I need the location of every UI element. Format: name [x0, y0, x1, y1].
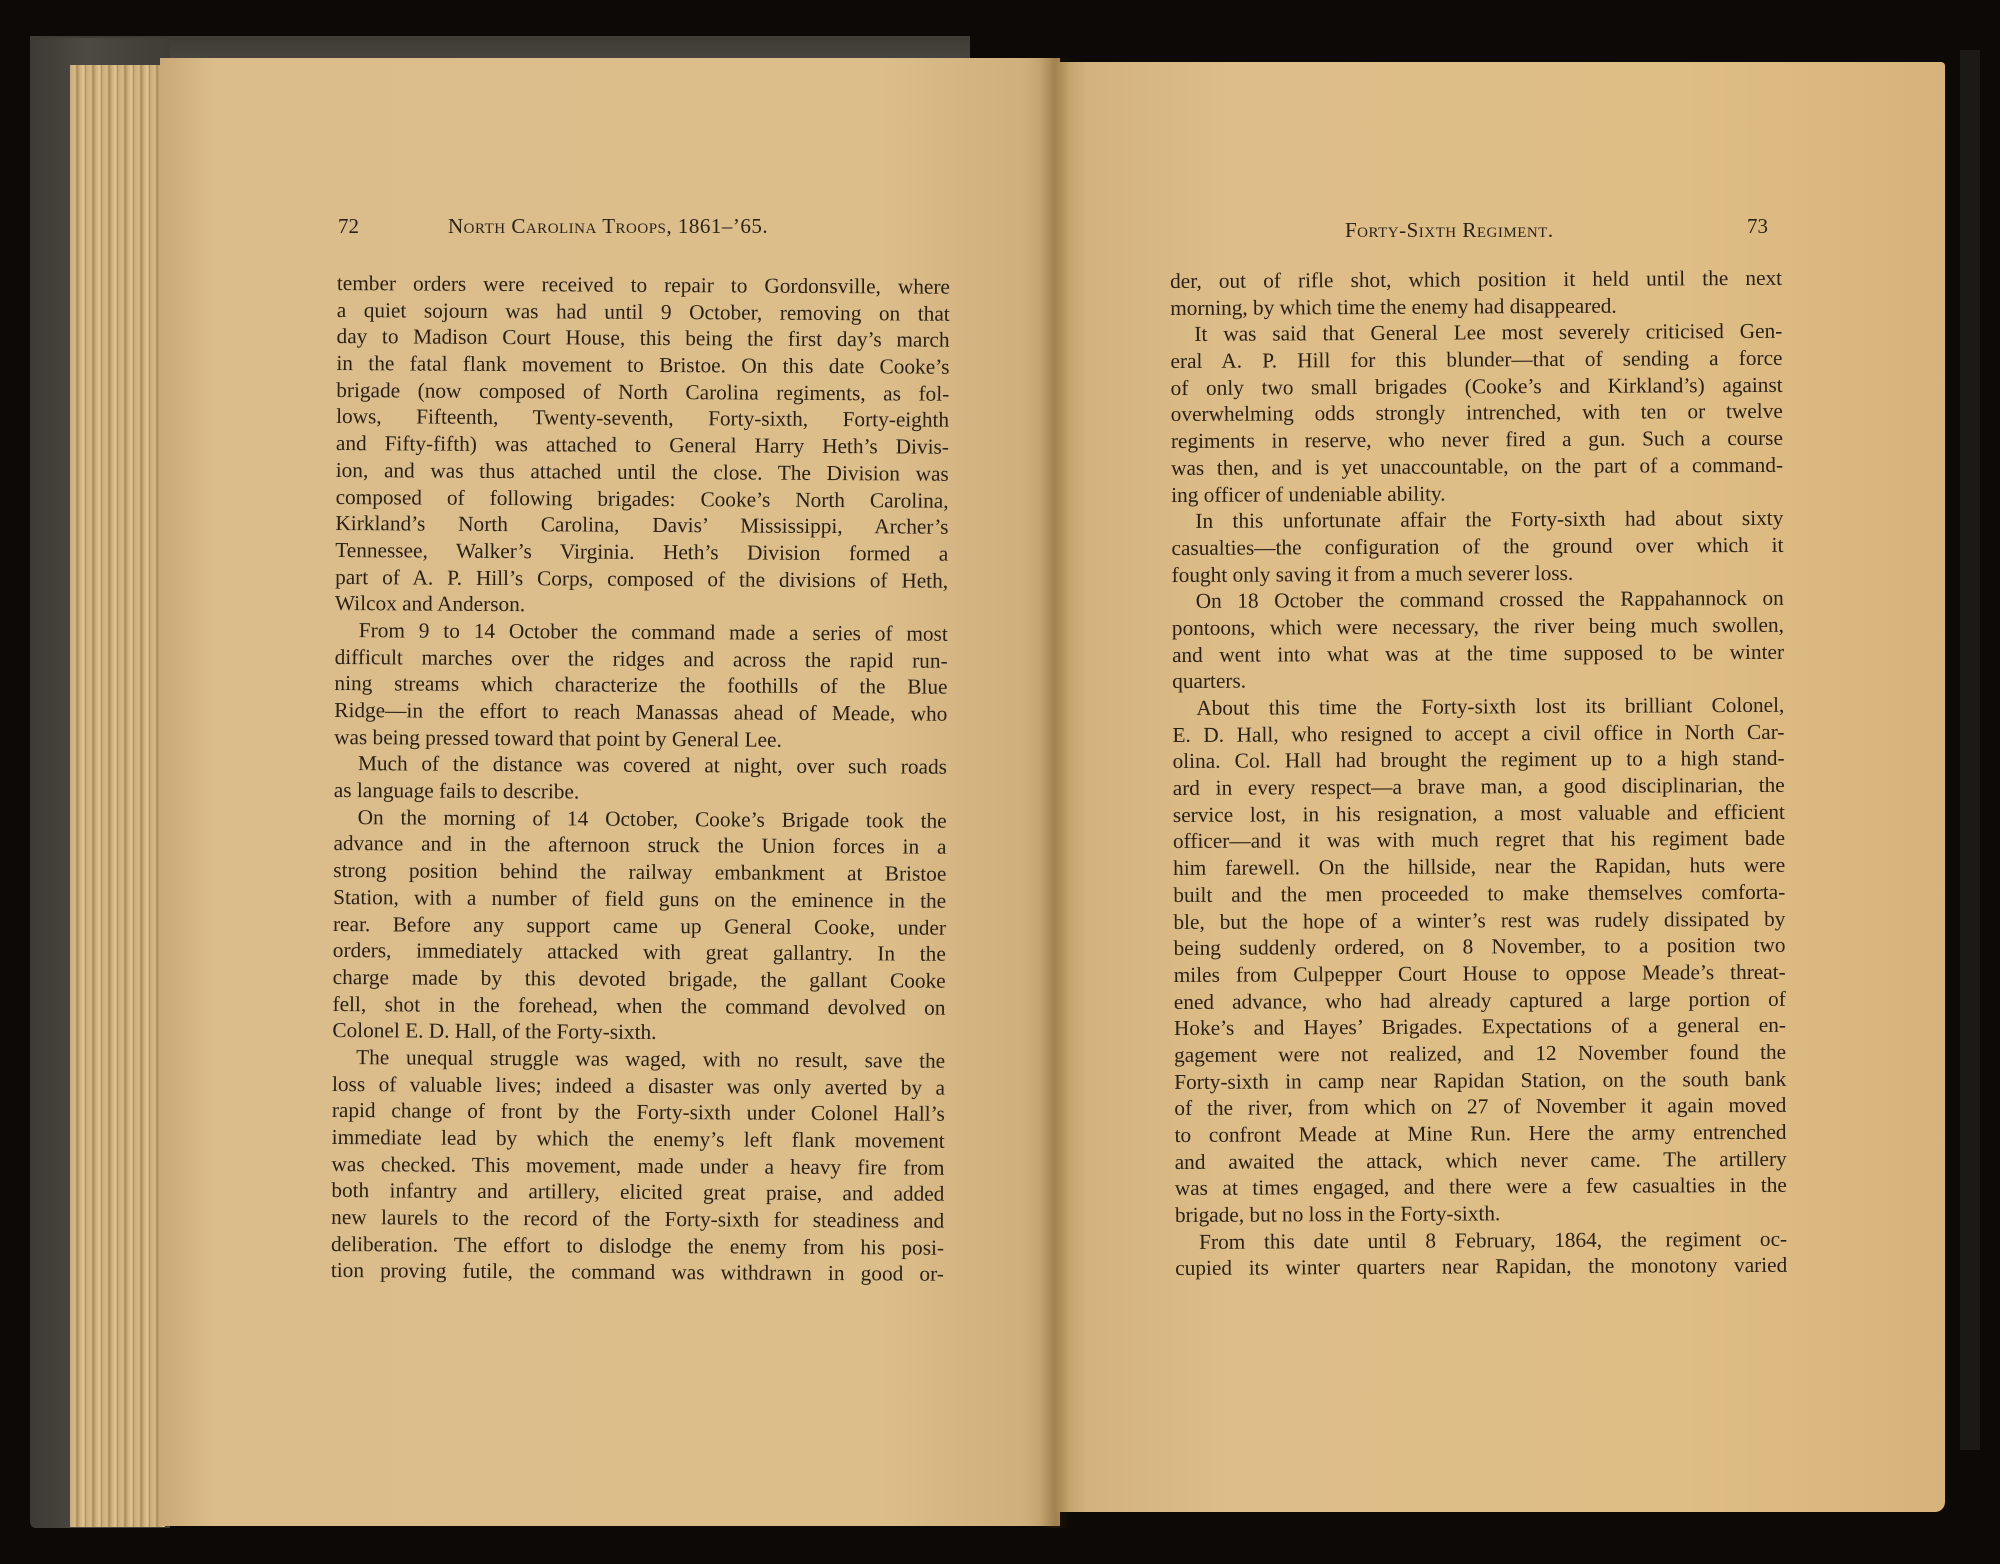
text-line: Wilcox and Anderson.: [335, 590, 948, 620]
text-line: deliberation. The effort to dislodge the…: [331, 1231, 944, 1261]
text-line: and went into what was at the time suppo…: [1172, 638, 1784, 668]
text-line: and Fifty-fifth) was attached to General…: [336, 430, 949, 460]
text-line: immediate lead by which the enemy’s left…: [332, 1124, 945, 1154]
text-line: On 18 October the command crossed the Ra…: [1172, 585, 1784, 615]
text-line: him farewell. On the hillside, near the …: [1173, 852, 1785, 882]
book-gutter: [1040, 58, 1070, 1528]
text-line: day to Madison Court House, this being t…: [337, 323, 950, 353]
text-line: fell, shot in the forehead, when the com…: [332, 991, 945, 1021]
text-line: a quiet sojourn was had until 9 October,…: [337, 297, 950, 327]
text-line: Tennessee, Walker’s Virginia. Heth’s Div…: [335, 537, 948, 567]
text-line: composed of following brigades: Cooke’s …: [336, 483, 949, 513]
text-line: to confront Meade at Mine Run. Here the …: [1174, 1119, 1786, 1149]
text-line: in the fatal flank movement to Bristoe. …: [336, 350, 949, 380]
text-line: Colonel E. D. Hall, of the Forty-sixth.: [332, 1017, 945, 1047]
text-line: and awaited the attack, which never came…: [1175, 1145, 1787, 1175]
text-line: brigade, but no loss in the Forty-sixth.: [1175, 1199, 1787, 1229]
text-line: From 9 to 14 October the command made a …: [335, 617, 948, 647]
text-line: ened advance, who had already captured a…: [1174, 985, 1786, 1015]
text-line: being suddenly ordered, on 8 November, t…: [1173, 932, 1785, 962]
text-line: Much of the distance was covered at nigh…: [334, 750, 947, 780]
text-line: miles from Culpepper Court House to oppo…: [1174, 959, 1786, 989]
text-line: built and the men proceeded to make them…: [1173, 879, 1785, 909]
text-line: lows, Fifteenth, Twenty-seventh, Forty-s…: [336, 403, 949, 433]
text-line: overwhelming odds strongly intrenched, w…: [1171, 398, 1783, 428]
text-line: In this unfortunate affair the Forty-six…: [1171, 505, 1783, 535]
text-line: ion, and was thus attached until the clo…: [336, 457, 949, 487]
text-line: pontoons, which were necessary, the rive…: [1172, 612, 1784, 642]
text-line: rapid change of front by the Forty-sixth…: [332, 1097, 945, 1127]
text-line: olina. Col. Hall had brought the regimen…: [1173, 745, 1785, 775]
text-line: The unequal struggle was waged, with no …: [332, 1044, 945, 1074]
text-line: About this time the Forty-sixth lost its…: [1172, 692, 1784, 722]
text-line: charge made by this devoted brigade, the…: [333, 964, 946, 994]
text-line: officer—and it was with much regret that…: [1173, 825, 1785, 855]
text-line: tion proving futile, the command was wit…: [331, 1257, 944, 1287]
text-line: as language fails to describe.: [334, 777, 947, 807]
text-line: was then, and is yet unaccountable, on t…: [1171, 452, 1783, 482]
text-line: loss of valuable lives; indeed a disaste…: [332, 1071, 945, 1101]
text-line: From this date until 8 February, 1864, t…: [1175, 1226, 1787, 1256]
text-line: advance and in the afternoon struck the …: [333, 830, 946, 860]
page-block-edges: [70, 65, 165, 1527]
text-line: service lost, in his resignation, a most…: [1173, 799, 1785, 829]
text-line: ard in every respect—a brave man, a good…: [1173, 772, 1785, 802]
text-line: was being pressed toward that point by G…: [334, 724, 947, 754]
text-line: tember orders were received to repair to…: [337, 270, 950, 300]
text-line: Kirkland’s North Carolina, Davis’ Missis…: [335, 510, 948, 540]
text-line: ble, but the hope of a winter’s rest was…: [1173, 905, 1785, 935]
right-page-number: 73: [1747, 214, 1768, 239]
text-line: rear. Before any support came up General…: [333, 910, 946, 940]
left-page-number: 72: [338, 214, 359, 239]
text-line: casualties—the configuration of the grou…: [1171, 532, 1783, 562]
text-line: of the river, from which on 27 of Novemb…: [1174, 1092, 1786, 1122]
book-cover-right-edge: [1960, 50, 1980, 1450]
text-line: part of A. P. Hill’s Corps, composed of …: [335, 564, 948, 594]
right-running-head: Forty-Sixth Regiment.: [1345, 218, 1554, 243]
text-line: was at times engaged, and there were a f…: [1175, 1172, 1787, 1202]
text-line: strong position behind the railway emban…: [333, 857, 946, 887]
text-line: It was said that General Lee most severe…: [1170, 318, 1782, 348]
text-line: brigade (now composed of North Carolina …: [336, 377, 949, 407]
text-line: Ridge—in the effort to reach Manassas ah…: [334, 697, 947, 727]
right-page-body: der, out of rifle shot, which position i…: [1170, 265, 1787, 1282]
text-line: Station, with a number of field guns on …: [333, 884, 946, 914]
text-line: new laurels to the record of the Forty-s…: [331, 1204, 944, 1234]
text-line: gagement were not realized, and 12 Novem…: [1174, 1039, 1786, 1069]
text-line: der, out of rifle shot, which position i…: [1170, 265, 1782, 295]
text-line: difficult marches over the ridges and ac…: [335, 644, 948, 674]
text-line: of only two small brigades (Cooke’s and …: [1171, 372, 1783, 402]
left-running-head: North Carolina Troops, 1861–’65.: [448, 214, 768, 239]
text-line: Hoke’s and Hayes’ Brigades. Expectations…: [1174, 1012, 1786, 1042]
text-line: was checked. This movement, made under a…: [331, 1151, 944, 1181]
text-line: morning, by which time the enemy had dis…: [1170, 291, 1782, 321]
text-line: orders, immediately attacked with great …: [333, 937, 946, 967]
text-line: quarters.: [1172, 665, 1784, 695]
text-line: ning streams which characterize the foot…: [334, 670, 947, 700]
text-line: eral A. P. Hill for this blunder—that of…: [1170, 345, 1782, 375]
text-line: ing officer of undeniable ability.: [1171, 478, 1783, 508]
text-line: Forty-sixth in camp near Rapidan Station…: [1174, 1065, 1786, 1095]
text-line: cupied its winter quarters near Rapidan,…: [1175, 1252, 1787, 1282]
text-line: regiments in reserve, who never fired a …: [1171, 425, 1783, 455]
left-page-body: tember orders were received to repair to…: [331, 270, 950, 1288]
text-line: On the morning of 14 October, Cooke’s Br…: [334, 804, 947, 834]
text-line: E. D. Hall, who resigned to accept a civ…: [1172, 718, 1784, 748]
text-line: both infantry and artillery, elicited gr…: [331, 1177, 944, 1207]
text-line: fought only saving it from a much severe…: [1172, 558, 1784, 588]
